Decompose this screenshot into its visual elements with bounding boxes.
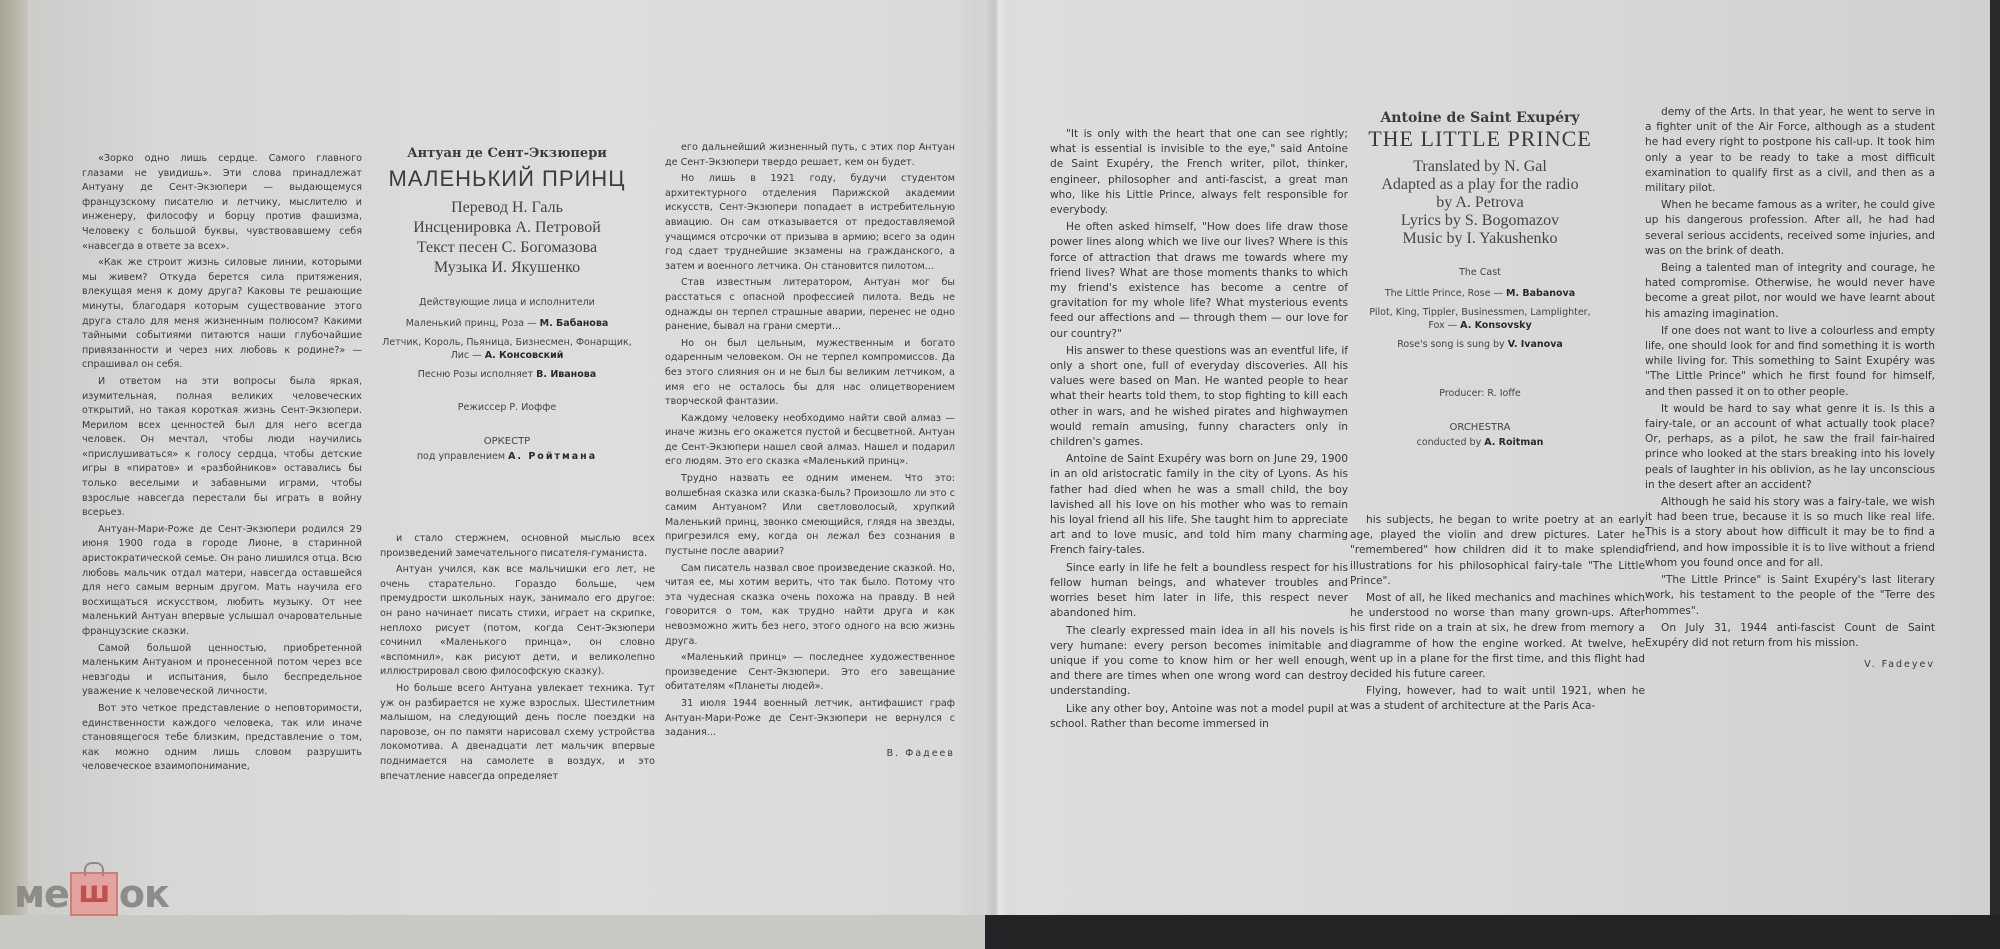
russian-conductor-prefix: под управлением <box>417 451 505 462</box>
sleeve-left-edge <box>0 0 28 949</box>
watermark-bag-letter: ш <box>78 875 109 910</box>
page-fold <box>985 0 1009 949</box>
russian-title-block: Антуан де Сент-Экзюпери МАЛЕНЬКИЙ ПРИНЦ … <box>372 147 642 463</box>
russian-conductor: А. Ройтмана <box>508 451 597 462</box>
paragraph: Но больше всего Антуана увлекает техника… <box>380 682 655 784</box>
paragraph: и стало стержнем, основной мыслью всех п… <box>380 532 655 561</box>
paragraph: И ответом на эти вопросы была яркая, изу… <box>82 375 362 521</box>
credit-line: Lyrics by S. Bogomazov <box>1365 212 1595 230</box>
paragraph: his subjects, he began to write poetry a… <box>1350 513 1645 589</box>
cast-roles: Маленький принц, Роза — <box>406 318 540 329</box>
paragraph: Сам писатель назвал свое произведение ск… <box>665 562 955 650</box>
russian-author: Антуан де Сент-Экзюпери <box>372 147 642 162</box>
paragraph: его дальнейший жизненный путь, с этих по… <box>665 141 955 170</box>
paragraph: Although he said his story was a fairy-t… <box>1645 495 1935 571</box>
paragraph: "It is only with the heart that one can … <box>1050 127 1348 218</box>
cast-entry: The Little Prince, Rose — M. Babanova <box>1365 287 1595 300</box>
paragraph: His answer to these questions was an eve… <box>1050 344 1348 450</box>
paragraph: Но лишь в 1921 году, будучи студентом ар… <box>665 172 955 274</box>
cast-actor: A. Konsovsky <box>1460 320 1531 331</box>
russian-credits: Перевод Н. ГальИнсценировка А. ПетровойТ… <box>372 198 642 278</box>
paragraph: The clearly expressed main idea in all h… <box>1050 624 1348 700</box>
russian-middle-column: и стало стержнем, основной мыслью всех п… <box>380 532 655 786</box>
paragraph: Вот это четкое представление о неповтори… <box>82 702 362 775</box>
paragraph: «Маленький принц» — последнее художестве… <box>665 651 955 695</box>
english-title-block: Antoine de Saint Exupéry THE LITTLE PRIN… <box>1365 111 1595 449</box>
english-cast-heading: The Cast <box>1365 266 1595 281</box>
english-title: THE LITTLE PRINCE <box>1365 132 1595 147</box>
paragraph: Антуан-Мари-Роже де Сент-Экзюпери родилс… <box>82 523 362 640</box>
cast-entry: Rose's song is sung by V. Ivanova <box>1365 338 1595 351</box>
credit-line: Перевод Н. Галь <box>372 198 642 218</box>
paragraph: When he became famous as a writer, he co… <box>1645 198 1935 259</box>
english-right-column: demy of the Arts. In that year, he went … <box>1645 105 1935 672</box>
english-orchestra: ORCHESTRA <box>1365 421 1595 436</box>
english-producer: Producer: R. Ioffe <box>1365 387 1595 402</box>
russian-intro-column: «Зорко одно лишь сердце. Самого главного… <box>82 152 362 777</box>
credit-line: Музыка И. Якушенко <box>372 258 642 278</box>
watermark-prefix: ме <box>14 872 69 916</box>
credit-line: Текст песен С. Богомазова <box>372 238 642 258</box>
credit-line: Adapted as a play for the radio <box>1365 176 1595 194</box>
cast-entry: Маленький принц, Роза — М. Бабанова <box>372 317 642 330</box>
russian-cast-heading: Действующие лица и исполнители <box>372 296 642 311</box>
english-conductor-prefix: conducted by <box>1417 437 1482 448</box>
cast-entry: Песню Розы исполняет В. Иванова <box>372 368 642 381</box>
paragraph: demy of the Arts. In that year, he went … <box>1645 105 1935 196</box>
paragraph: Но он был цельным, мужественным и богато… <box>665 337 955 410</box>
russian-orchestra: ОРКЕСТР <box>372 435 642 450</box>
cast-roles: Песню Розы исполняет <box>418 369 536 380</box>
paragraph: Most of all, he liked mechanics and mach… <box>1350 591 1645 682</box>
meshok-watermark: ме ш ок <box>14 872 169 916</box>
paragraph: Антуан учился, как все мальчишки его лет… <box>380 563 655 680</box>
paragraph: Трудно назвать ее одним именем. Что это:… <box>665 472 955 560</box>
paragraph: Like any other boy, Antoine was not a mo… <box>1050 702 1348 732</box>
cast-roles: The Little Prince, Rose — <box>1385 288 1506 299</box>
watermark-suffix: ок <box>119 872 169 916</box>
credit-line: Translated by N. Gal <box>1365 158 1595 176</box>
paragraph: Antoine de Saint Exupéry was born on Jun… <box>1050 452 1348 558</box>
cast-actor: А. Консовский <box>485 350 564 361</box>
credit-line: Инсценировка А. Петровой <box>372 218 642 238</box>
paragraph: He often asked himself, "How does life d… <box>1050 220 1348 342</box>
english-cast-list: The Little Prince, Rose — M. BabanovaPil… <box>1365 287 1595 351</box>
shopping-bag-icon: ш <box>70 872 118 916</box>
credit-line: Music by I. Yakushenko <box>1365 230 1595 248</box>
cast-roles: Rose's song is sung by <box>1397 339 1508 350</box>
english-middle-column: his subjects, he began to write poetry a… <box>1350 513 1645 717</box>
russian-cast-list: Маленький принц, Роза — М. БабановаЛетчи… <box>372 317 642 381</box>
cast-entry: Летчик, Король, Пьяница, Бизнесмен, Фона… <box>372 336 642 362</box>
paragraph: Став известным литератором, Антуан мог б… <box>665 276 955 334</box>
paragraph: Being a talented man of integrity and co… <box>1645 261 1935 322</box>
paragraph: If one does not want to live a colourles… <box>1645 324 1935 400</box>
paragraph: "The Little Prince" is Saint Exupéry's l… <box>1645 573 1935 619</box>
english-left-column: "It is only with the heart that one can … <box>1050 127 1348 734</box>
english-author: Antoine de Saint Exupéry <box>1365 111 1595 126</box>
paragraph: Flying, however, had to wait until 1921,… <box>1350 684 1645 714</box>
cast-actor: M. Babanova <box>1506 288 1575 299</box>
russian-director: Режиссер Р. Иоффе <box>372 401 642 416</box>
author-signature: V. Fadeyev <box>1645 657 1935 672</box>
author-signature: В. Фадеев <box>665 747 955 762</box>
paragraph: Самой большой ценностью, приобретенной м… <box>82 642 362 700</box>
cast-actor: В. Иванова <box>536 369 596 380</box>
paragraph: On July 31, 1944 anti-fascist Count de S… <box>1645 621 1935 651</box>
paragraph: It would be hard to say what genre it is… <box>1645 402 1935 493</box>
paragraph: «Как же строит жизнь силовые линии, кото… <box>82 256 362 373</box>
cast-actor: М. Бабанова <box>540 318 609 329</box>
paragraph: 31 июля 1944 военный летчик, антифашист … <box>665 697 955 741</box>
credit-line: by A. Petrova <box>1365 194 1595 212</box>
english-conductor: A. Roitman <box>1484 437 1543 448</box>
cast-actor: V. Ivanova <box>1508 339 1563 350</box>
cast-entry: Pilot, King, Tippler, Businessmen, Lampl… <box>1365 306 1595 332</box>
russian-title: МАЛЕНЬКИЙ ПРИНЦ <box>372 172 642 187</box>
background-surface <box>0 915 2000 949</box>
paragraph: Since early in life he felt a boundless … <box>1050 561 1348 622</box>
paragraph: Каждому человеку необходимо найти свой а… <box>665 412 955 470</box>
russian-right-column: его дальнейший жизненный путь, с этих по… <box>665 141 955 761</box>
record-sleeve-insert: «Зорко одно лишь сердце. Самого главного… <box>0 0 1990 915</box>
english-credits: Translated by N. GalAdapted as a play fo… <box>1365 158 1595 248</box>
paragraph: «Зорко одно лишь сердце. Самого главного… <box>82 152 362 254</box>
